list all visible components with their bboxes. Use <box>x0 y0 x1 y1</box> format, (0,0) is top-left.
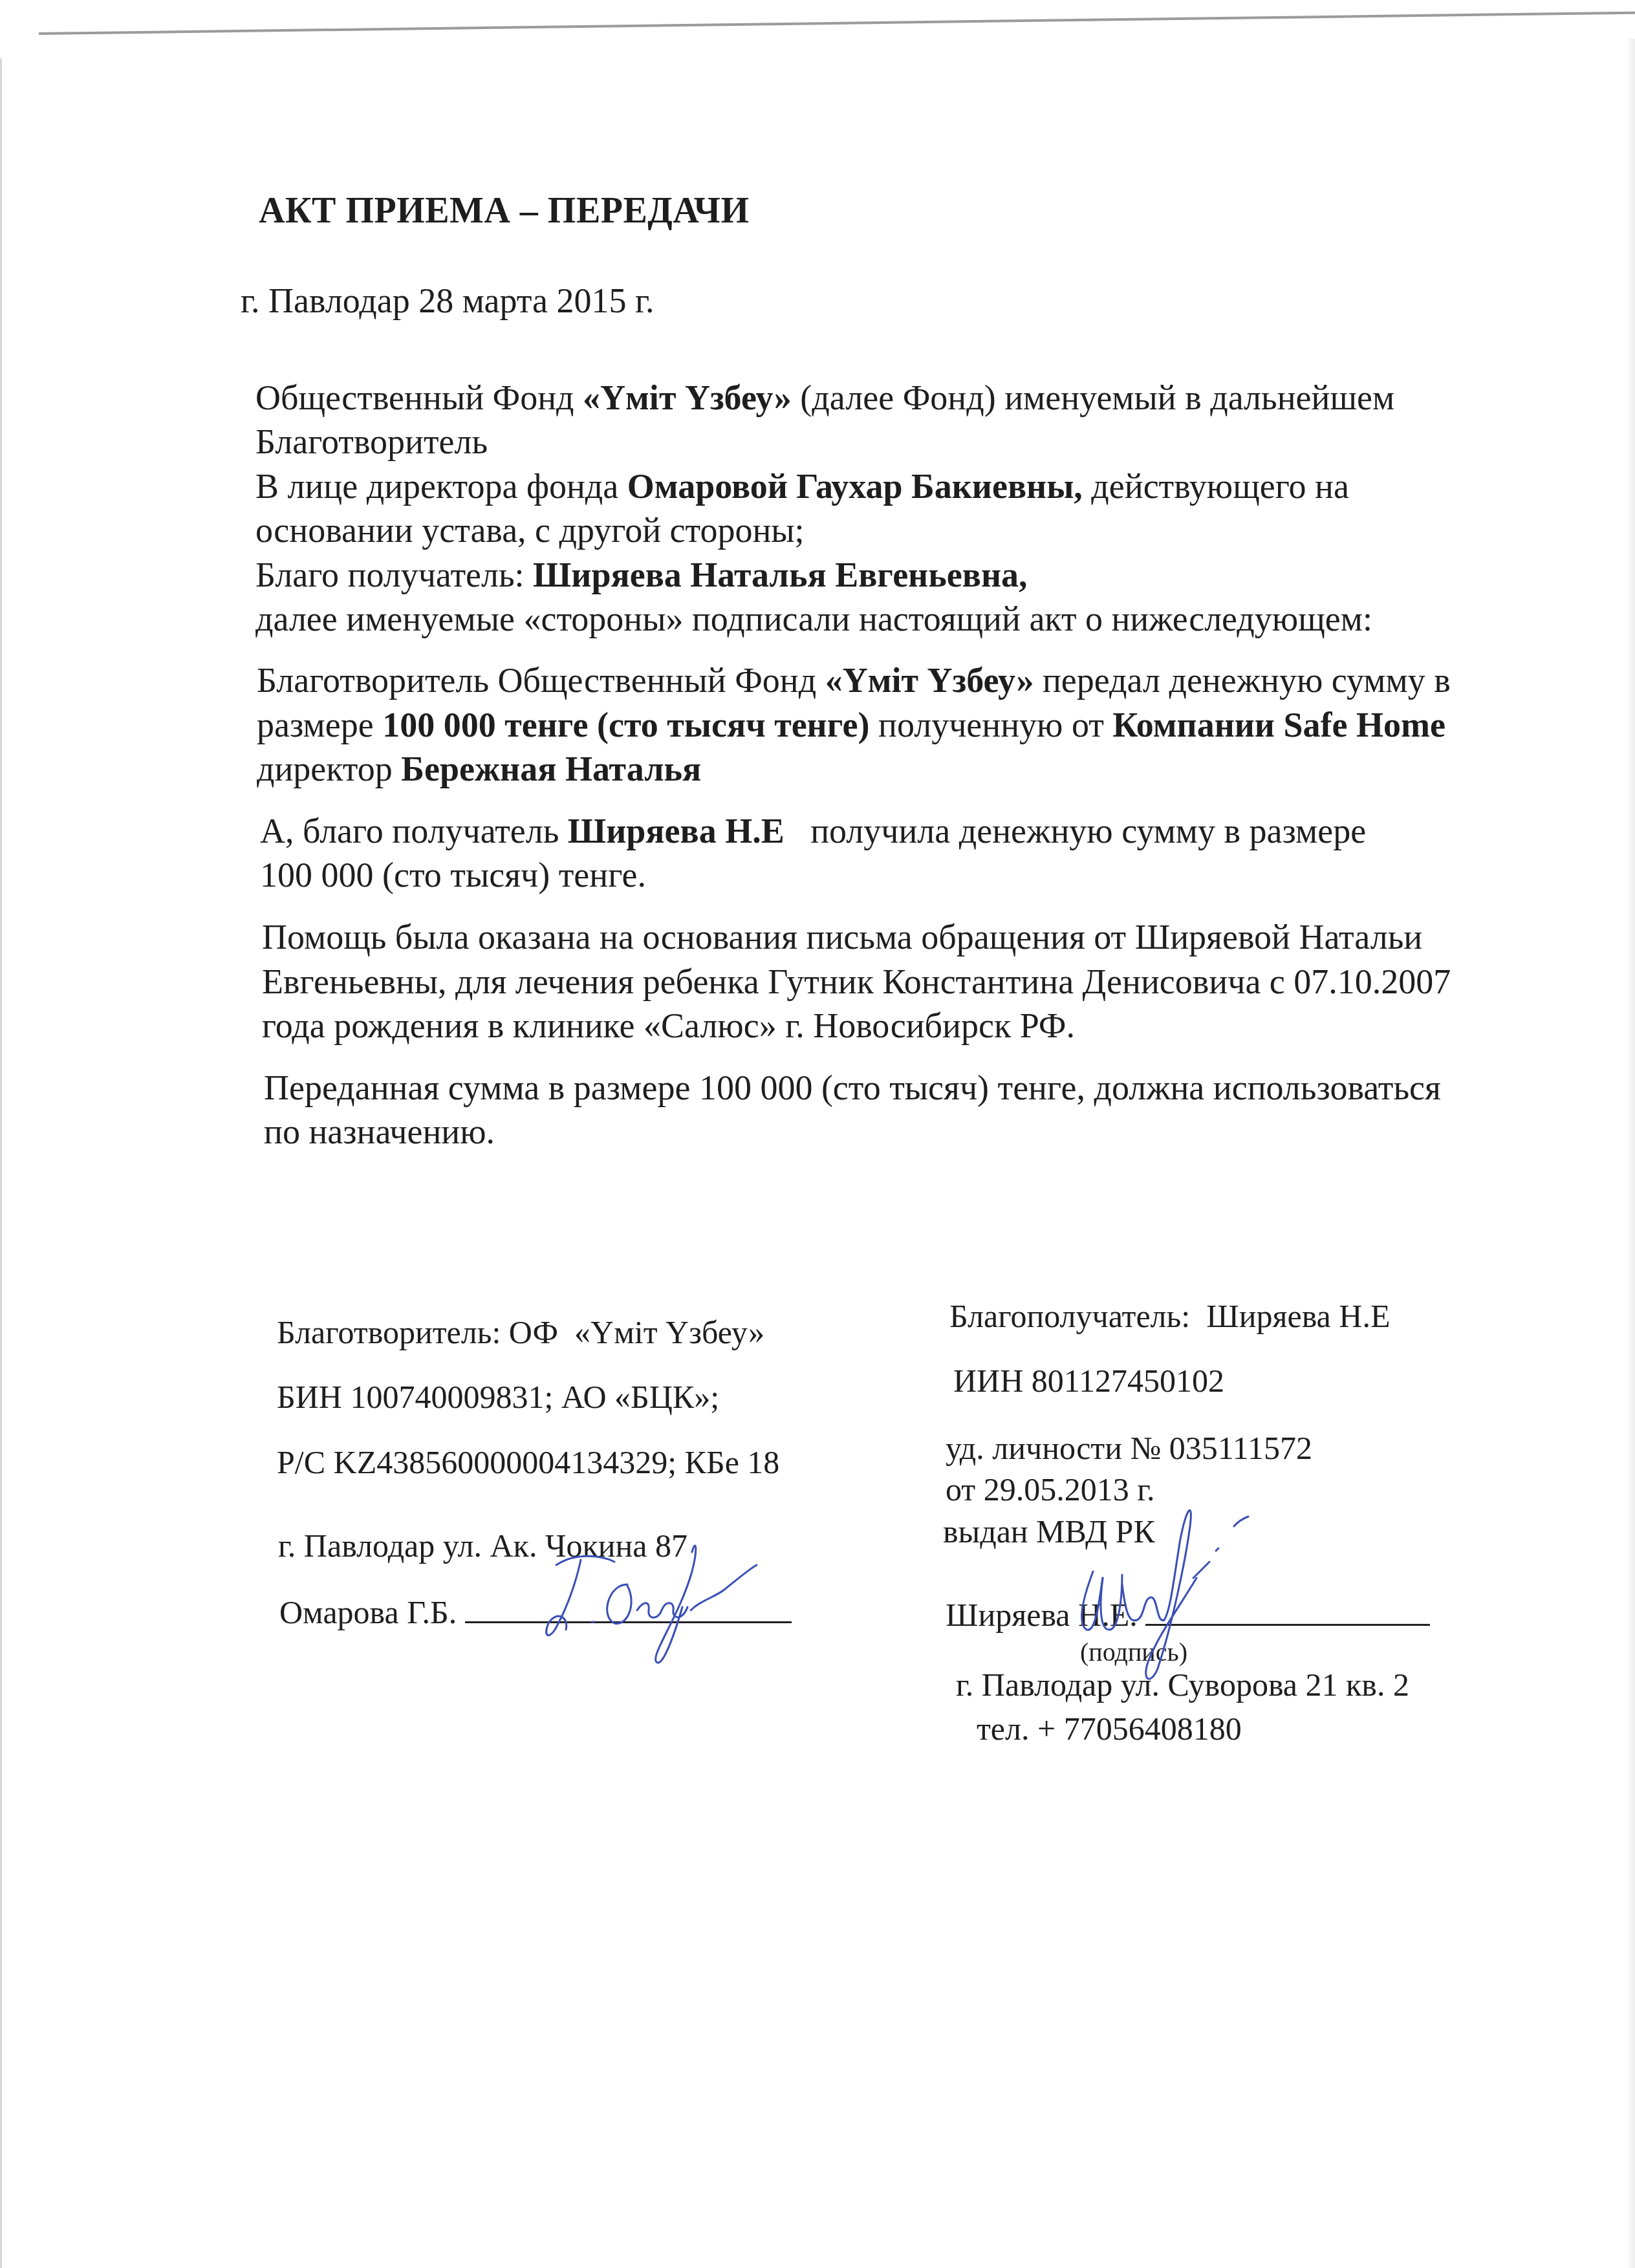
transfer-line-3: директор Бережная Наталья <box>257 751 701 786</box>
intro-line-6: далее именуемые «стороны» подписали наст… <box>255 601 1372 636</box>
recipient-id-issuer: выдан МВД РК <box>943 1515 1155 1548</box>
receipt-line-2: 100 000 (сто тысяч) тенге. <box>260 858 646 892</box>
intro-line-3: В лице директора фонда Омаровой Гаухар Б… <box>255 469 1349 504</box>
amount: 100 000 тенге (сто тысяч тенге) <box>382 706 869 744</box>
signer-name: Омарова Г.Б. <box>279 1594 465 1630</box>
transfer-line-1: Благотворитель Общественный Фонд «Үміт Ү… <box>257 663 1451 698</box>
recipient-name: Ширяева Наталья Евгеньевна, <box>533 556 1028 594</box>
fund-name: «Үміт Үзбеу» <box>583 378 792 417</box>
purpose-line-2: по назначению. <box>264 1114 495 1149</box>
scan-right-shadow <box>1626 39 1635 2268</box>
text: (далее Фонд) именуемый в дальнейшем <box>792 378 1394 417</box>
recipient-header: Благополучатель: Ширяева Н.Е <box>949 1300 1390 1332</box>
signer-name: Ширяева Н.Е. <box>946 1597 1145 1633</box>
signature-line <box>1145 1623 1430 1626</box>
intro-line-4: основании устава, с другой стороны; <box>255 513 805 548</box>
text: Благо получатель: <box>255 556 533 594</box>
recipient-phone: тел. + 77056408180 <box>977 1712 1242 1745</box>
recipient-signer: Ширяева Н.Е. <box>946 1599 1430 1631</box>
intro-line-1: Общественный Фонд «Үміт Үзбеу» (далее Фо… <box>255 380 1394 415</box>
recipient-id-number: уд. личности № 035111572 <box>946 1432 1312 1464</box>
signature-line <box>465 1621 792 1623</box>
text: размере <box>257 706 382 744</box>
text: действующего на <box>1083 467 1349 506</box>
text: В лице директора фонда <box>255 467 627 506</box>
signature-caption: (подпись) <box>1080 1639 1187 1665</box>
company-director: Бережная Наталья <box>401 750 701 788</box>
basis-line-2: Евгеньевны, для лечения ребенка Гутник К… <box>262 964 1451 999</box>
recipient-iin: ИИН 801127450102 <box>953 1365 1224 1397</box>
basis-line-3: года рождения в клинике «Салюс» г. Новос… <box>262 1008 1075 1043</box>
text: директор <box>257 750 401 788</box>
text: полученную от <box>870 706 1113 744</box>
text: Благотворитель Общественный Фонд <box>257 661 825 700</box>
intro-line-5: Благо получатель: Ширяева Наталья Евгень… <box>255 557 1028 592</box>
document-title: АКТ ПРИЕМА – ПЕРЕДАЧИ <box>259 193 749 229</box>
scan-edge-line <box>39 12 1635 35</box>
director-name: Омаровой Гаухар Бакиевны, <box>627 467 1083 506</box>
donor-account: Р/С KZ438560000004134329; КБе 18 <box>277 1446 779 1478</box>
donor-signer: Омарова Г.Б. <box>279 1596 792 1628</box>
transfer-line-2: размере 100 000 тенге (сто тысяч тенге) … <box>257 707 1446 742</box>
donor-address: г. Павлодар ул. Ак. Чокина 87 <box>278 1529 688 1562</box>
recipient-short: Ширяева Н.Е <box>568 812 785 850</box>
intro-line-2: Благотворитель <box>255 424 488 459</box>
donor-header: Благотворитель: ОФ «Үміт Үзбеу» <box>277 1316 764 1348</box>
recipient-address: г. Павлодар ул. Суворова 21 кв. 2 <box>956 1669 1409 1701</box>
donor-bin: БИН 100740009831; АО «БЦК»; <box>277 1381 719 1413</box>
text: А, благо получатель <box>260 812 568 850</box>
text: получила денежную сумму в размере <box>785 812 1367 850</box>
place-date: г. Павлодар 28 марта 2015 г. <box>241 283 654 318</box>
purpose-line-1: Переданная сумма в размере 100 000 (сто … <box>264 1070 1441 1105</box>
text: Общественный Фонд <box>255 378 583 417</box>
text: передал денежную сумму в <box>1034 661 1450 700</box>
fund-name: «Үміт Үзбеу» <box>825 661 1034 700</box>
receipt-line-1: А, благо получатель Ширяева Н.Е получила… <box>260 814 1366 848</box>
recipient-id-date: от 29.05.2013 г. <box>946 1473 1155 1506</box>
company-name: Компании Safe Home <box>1112 706 1446 744</box>
scan-left-shadow <box>0 58 2 2268</box>
basis-line-1: Помощь была оказана на основания письма … <box>262 920 1422 955</box>
